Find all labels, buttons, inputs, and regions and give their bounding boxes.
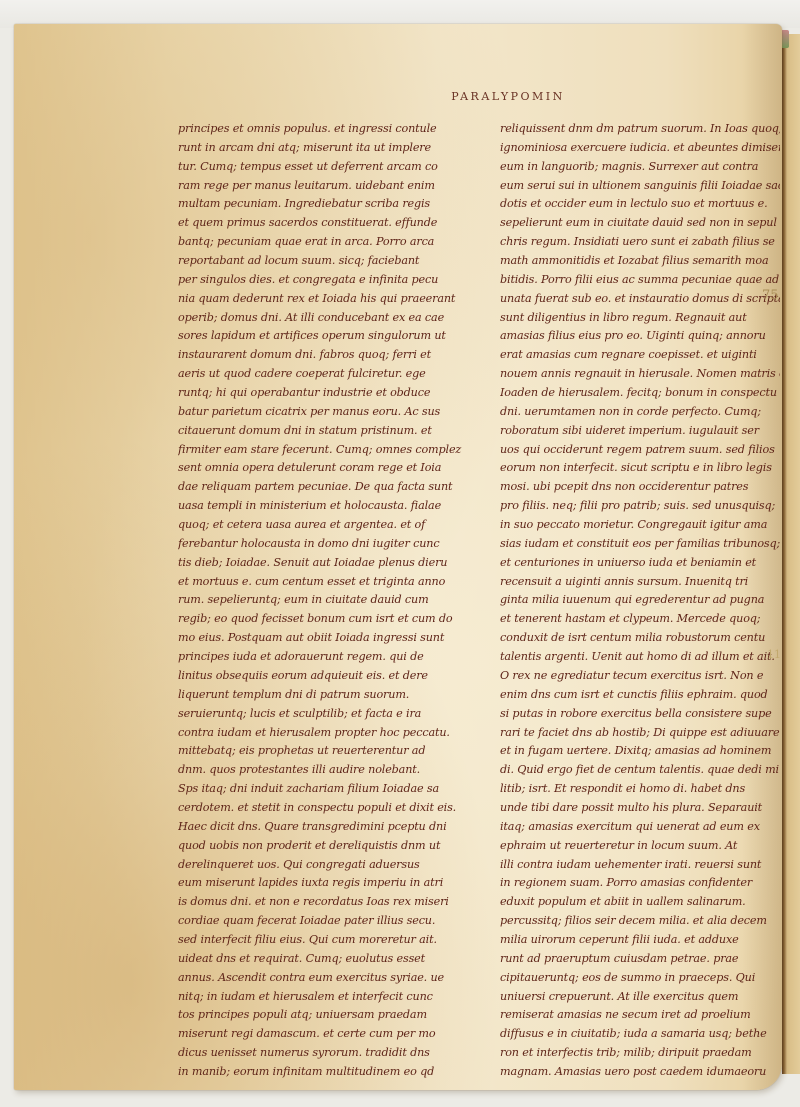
text-line: ferebantur holocausta in domo dni iugite… xyxy=(178,535,478,554)
text-line: rum. sepelieruntq; eum in ciuitate dauid… xyxy=(178,591,478,610)
text-line: dae reliquam partem pecuniae. De qua fac… xyxy=(178,478,478,497)
facing-page-edge xyxy=(782,34,800,1074)
text-line: Sps itaq; dni induit zachariam filium Io… xyxy=(178,780,478,799)
text-line: unde tibi dare possit multo his plura. S… xyxy=(500,799,780,818)
text-line: batur parietum cicatrix per manus eoru. … xyxy=(178,403,478,422)
text-line: sias iudam et constituit eos per familia… xyxy=(500,535,780,554)
text-line: in regionem suam. Porro amasias confiden… xyxy=(500,874,780,893)
text-line: eduxit populum et abiit in uallem salina… xyxy=(500,893,780,912)
text-line: di. Quid ergo fiet de centum talentis. q… xyxy=(500,761,780,780)
text-line: dni. uerumtamen non in corde perfecto. C… xyxy=(500,403,780,422)
text-line: tis dieb; Ioiadae. Senuit aut Ioiadae pl… xyxy=(178,554,478,573)
text-line: enim dns cum isrt et cunctis filiis ephr… xyxy=(500,686,780,705)
bookmark-ribbon xyxy=(781,30,789,48)
text-line: amasias filius eius pro eo. Uiginti quin… xyxy=(500,327,780,346)
text-line: dotis et occider eum in lectulo suo et m… xyxy=(500,195,780,214)
text-line: et centuriones in uniuerso iuda et benia… xyxy=(500,554,780,573)
text-line: cordiae quam fecerat Ioiadae pater illiu… xyxy=(178,912,478,931)
text-line: bitidis. Porro filii eius ac summa pecun… xyxy=(500,271,780,290)
text-line: roboratum sibi uideret imperium. iugulau… xyxy=(500,422,780,441)
text-line: mosi. ubi pcepit dns non occiderentur pa… xyxy=(500,478,780,497)
text-line: principes iuda et adorauerunt regem. qui… xyxy=(178,648,478,667)
text-line: regib; eo quod fecisset bonum cum isrt e… xyxy=(178,610,478,629)
text-line: erat amasias cum regnare coepisset. et u… xyxy=(500,346,780,365)
text-line: pro filiis. neq; filii pro patrib; suis.… xyxy=(500,497,780,516)
text-line: instaurarent domum dni. fabros quoq; fer… xyxy=(178,346,478,365)
text-line: liquerunt templum dni di patrum suorum. xyxy=(178,686,478,705)
running-head: PARALYPOMIN xyxy=(14,90,782,103)
text-line: dnm. quos protestantes illi audire noleb… xyxy=(178,761,478,780)
text-line: nitq; in iudam et hierusalem et interfec… xyxy=(178,988,478,1007)
text-line: runt in arcam dni atq; miserunt ita ut i… xyxy=(178,139,478,158)
text-line: si putas in robore exercitus bella consi… xyxy=(500,705,780,724)
text-line: illi contra iudam uehementer irati. reue… xyxy=(500,856,780,875)
text-line: O rex ne egrediatur tecum exercitus isrt… xyxy=(500,667,780,686)
text-line: cerdotem. et stetit in conspectu populi … xyxy=(178,799,478,818)
text-line: per singulos dies. et congregata e infin… xyxy=(178,271,478,290)
text-line: uideat dns et requirat. Cumq; euolutus e… xyxy=(178,950,478,969)
text-line: Haec dicit dns. Quare transgredimini pce… xyxy=(178,818,478,837)
text-line: tos principes populi atq; uniuersam prae… xyxy=(178,1006,478,1025)
text-line: eorum non interfecit. sicut scriptu e in… xyxy=(500,459,780,478)
text-line: talentis argenti. Uenit aut homo di ad i… xyxy=(500,648,780,667)
marginal-numeral: 75 xyxy=(762,288,779,303)
text-line: mo eius. Postquam aut obiit Ioiada ingre… xyxy=(178,629,478,648)
text-line: eum serui sui in ultionem sanguinis fili… xyxy=(500,177,780,196)
text-line: principes et omnis populus. et ingressi … xyxy=(178,120,478,139)
text-line: in suo peccato morietur. Congregauit igi… xyxy=(500,516,780,535)
text-line: annus. Ascendit contra eum exercitus syr… xyxy=(178,969,478,988)
text-line: linitus obsequiis eorum adquieuit eis. e… xyxy=(178,667,478,686)
text-line: unata fuerat sub eo. et instauratio domu… xyxy=(500,290,780,309)
text-line: remiserat amasias ne secum iret ad proel… xyxy=(500,1006,780,1025)
text-line: citauerunt domum dni in statum pristinum… xyxy=(178,422,478,441)
marginal-numeral: 11 xyxy=(767,648,781,661)
text-line: contra iudam et hierusalem propter hoc p… xyxy=(178,724,478,743)
text-line: diffusus e in ciuitatib; iuda a samaria … xyxy=(500,1025,780,1044)
text-line: runt ad praeruptum cuiusdam petrae. prae xyxy=(500,950,780,969)
text-line: et in fugam uertere. Dixitq; amasias ad … xyxy=(500,742,780,761)
text-line: quoq; et cetera uasa aurea et argentea. … xyxy=(178,516,478,535)
text-line: cipitaueruntq; eos de summo in praeceps.… xyxy=(500,969,780,988)
text-line: et mortuus e. cum centum esset et trigin… xyxy=(178,573,478,592)
text-line: eum miserunt lapides iuxta regis imperiu… xyxy=(178,874,478,893)
text-line: sores lapidum et artifices operum singul… xyxy=(178,327,478,346)
text-column-left: principes et omnis populus. et ingressi … xyxy=(178,120,478,1082)
text-line: litib; isrt. Et respondit ei homo di. ha… xyxy=(500,780,780,799)
text-column-right: reliquissent dnm dm patrum suorum. In Io… xyxy=(500,120,780,1082)
text-line: math ammonitidis et Iozabat filius semar… xyxy=(500,252,780,271)
text-line: itaq; amasias exercitum qui uenerat ad e… xyxy=(500,818,780,837)
text-line: in manib; eorum infinitam multitudinem e… xyxy=(178,1063,478,1082)
text-line: runtq; hi qui operabantur industrie et o… xyxy=(178,384,478,403)
text-line: sent omnia opera detulerunt coram rege e… xyxy=(178,459,478,478)
text-line: reportabant ad locum suum. sicq; facieba… xyxy=(178,252,478,271)
text-line: reliquissent dnm dm patrum suorum. In Io… xyxy=(500,120,780,139)
text-line: sed interfecit filiu eius. Qui cum morer… xyxy=(178,931,478,950)
text-line: ginta milia iuuenum qui egrederentur ad … xyxy=(500,591,780,610)
text-line: quod uobis non proderit et dereliquistis… xyxy=(178,837,478,856)
text-line: sepelierunt eum in ciuitate dauid sed no… xyxy=(500,214,780,233)
text-line: percussitq; filios seir decem milia. et … xyxy=(500,912,780,931)
text-line: Ioaden de hierusalem. fecitq; bonum in c… xyxy=(500,384,780,403)
text-line: uasa templi in ministerium et holocausta… xyxy=(178,497,478,516)
text-line: magnam. Amasias uero post caedem idumaeo… xyxy=(500,1063,780,1082)
text-line: ron et interfectis trib; milib; diripuit… xyxy=(500,1044,780,1063)
text-line: multam pecuniam. Ingrediebatur scriba re… xyxy=(178,195,478,214)
text-line: nouem annis regnauit in hierusale. Nomen… xyxy=(500,365,780,384)
text-line: tur. Cumq; tempus esset ut deferrent arc… xyxy=(178,158,478,177)
text-line: ram rege per manus leuitarum. uidebant e… xyxy=(178,177,478,196)
text-line: seruieruntq; lucis et sculptilib; et fac… xyxy=(178,705,478,724)
text-line: mittebatq; eis prophetas ut reuerterentu… xyxy=(178,742,478,761)
text-line: uos qui occiderunt regem patrem suum. se… xyxy=(500,441,780,460)
text-line: is domus dni. et non e recordatus Ioas r… xyxy=(178,893,478,912)
text-line: ephraim ut reuerteretur in locum suum. A… xyxy=(500,837,780,856)
text-line: conduxit de isrt centum milia robustorum… xyxy=(500,629,780,648)
text-line: nia quam dederunt rex et Ioiada his qui … xyxy=(178,290,478,309)
text-line: dicus uenisset numerus syrorum. tradidit… xyxy=(178,1044,478,1063)
text-line: eum in languorib; magnis. Surrexer aut c… xyxy=(500,158,780,177)
text-line: derelinqueret uos. Qui congregati aduers… xyxy=(178,856,478,875)
text-line: ignominiosa exercuere iudicia. et abeunt… xyxy=(500,139,780,158)
text-line: firmiter eam stare fecerunt. Cumq; omnes… xyxy=(178,441,478,460)
text-line: et tenerent hastam et clypeum. Mercede q… xyxy=(500,610,780,629)
text-line: uniuersi crepuerunt. At ille exercitus q… xyxy=(500,988,780,1007)
text-line: operib; domus dni. At illi conducebant e… xyxy=(178,309,478,328)
text-line: chris regum. Insidiati uero sunt ei zaba… xyxy=(500,233,780,252)
text-line: milia uirorum ceperunt filii iuda. et ad… xyxy=(500,931,780,950)
text-line: sunt diligentius in libro regum. Regnaui… xyxy=(500,309,780,328)
text-line: recensuit a uiginti annis sursum. Inueni… xyxy=(500,573,780,592)
text-line: rari te faciet dns ab hostib; Di quippe … xyxy=(500,724,780,743)
text-line: miserunt regi damascum. et certe cum per… xyxy=(178,1025,478,1044)
text-line: bantq; pecuniam quae erat in arca. Porro… xyxy=(178,233,478,252)
text-line: et quem primus sacerdos constituerat. ef… xyxy=(178,214,478,233)
text-line: aeris ut quod cadere coeperat fulciretur… xyxy=(178,365,478,384)
